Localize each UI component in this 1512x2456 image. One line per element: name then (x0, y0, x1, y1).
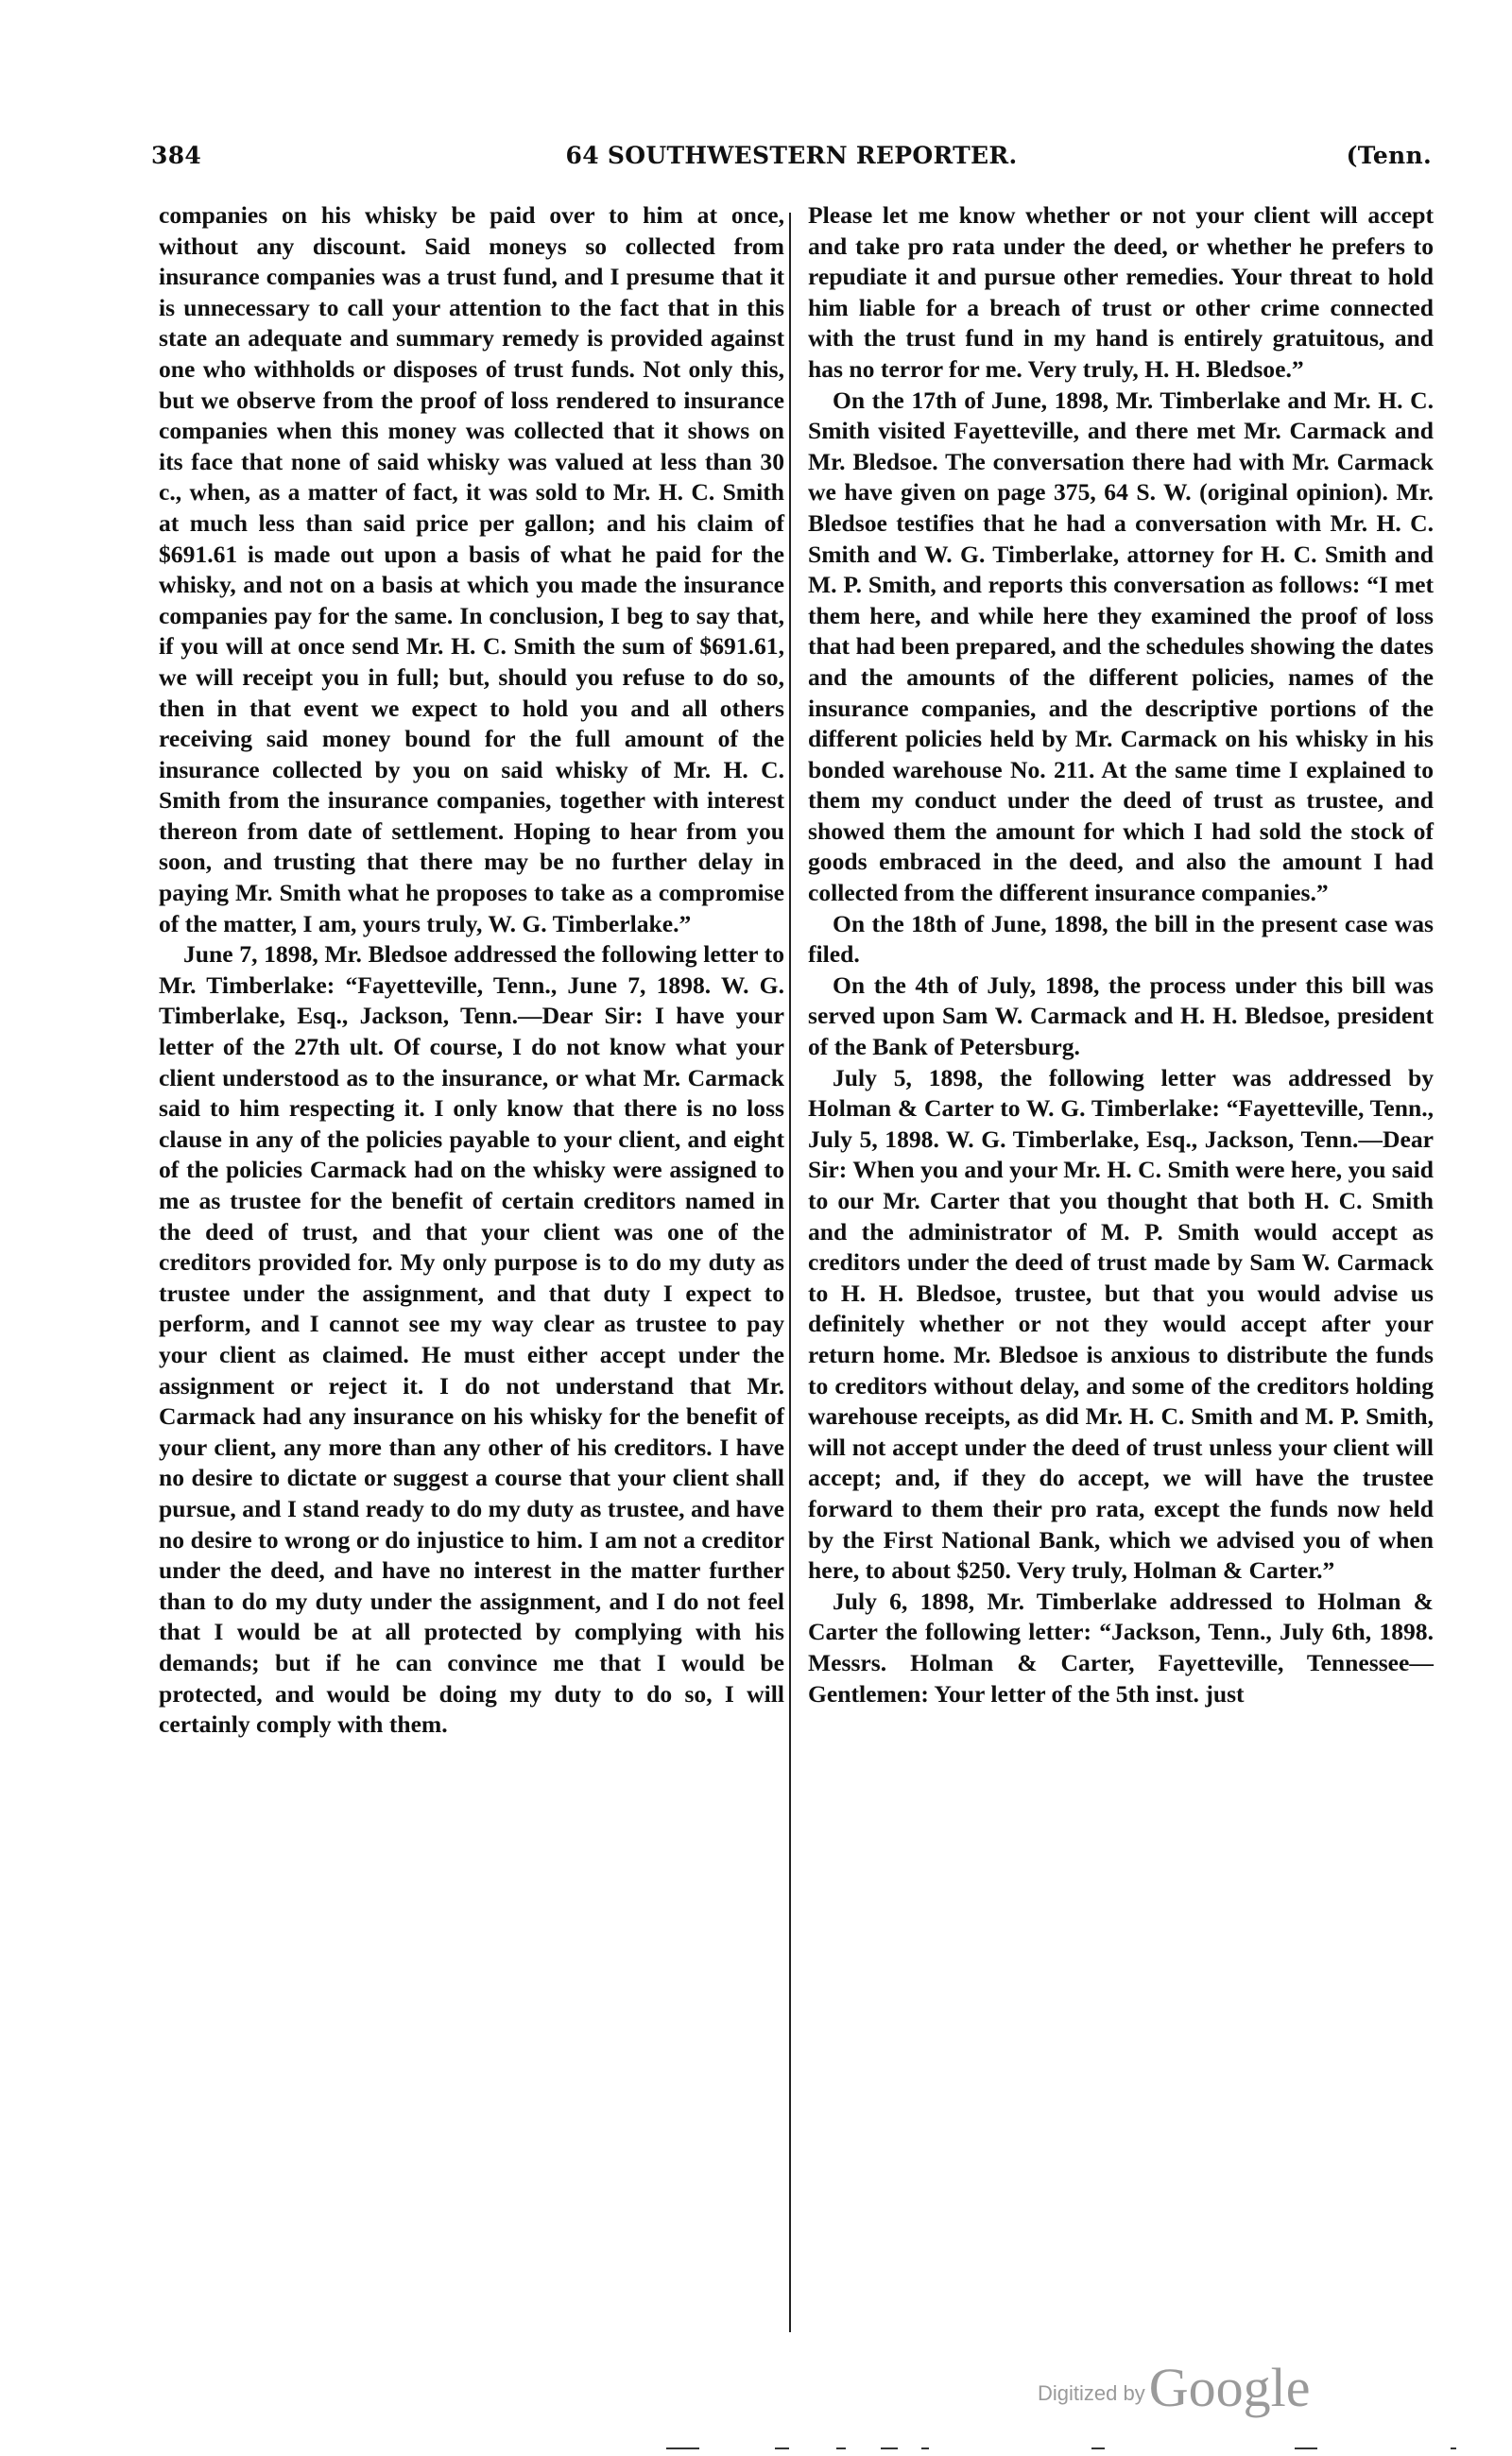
scan-artifacts (614, 2447, 1465, 2450)
reporter-title: 64 SOUTHWESTERN REPORTER. (151, 142, 1432, 169)
paragraph: On the 18th of June, 1898, the bill in t… (808, 909, 1434, 970)
paragraph: On the 4th of July, 1898, the process un… (808, 970, 1434, 1063)
scan-mark (1295, 2447, 1317, 2449)
paragraph: Please let me know whether or not your c… (808, 200, 1434, 386)
paragraph: On the 17th of June, 1898, Mr. Timberlak… (808, 386, 1434, 909)
right-column: Please let me know whether or not your c… (808, 200, 1434, 1709)
scan-mark (1451, 2447, 1456, 2449)
scan-mark (666, 2447, 699, 2449)
scan-mark (836, 2447, 846, 2449)
scan-mark (1091, 2447, 1105, 2449)
state-label: (Tenn. (1347, 142, 1432, 169)
google-digitized-watermark: Digitized by Google (1038, 2356, 1310, 2419)
google-logo-text: Google (1149, 2357, 1311, 2418)
paragraph: June 7, 1898, Mr. Bledsoe addressed the … (159, 939, 784, 1740)
running-header: 384 64 SOUTHWESTERN REPORTER. (Tenn. (151, 142, 1432, 176)
scanned-page: 384 64 SOUTHWESTERN REPORTER. (Tenn. com… (0, 0, 1512, 2456)
scan-mark (921, 2447, 929, 2449)
column-divider (789, 213, 791, 2332)
scan-mark (881, 2447, 898, 2449)
paragraph: July 6, 1898, Mr. Timberlake addressed t… (808, 1587, 1434, 1709)
left-column: companies on his whisky be paid over to … (159, 200, 784, 1741)
scan-mark (775, 2447, 789, 2449)
paragraph: July 5, 1898, the following letter was a… (808, 1063, 1434, 1587)
watermark-prefix: Digitized by (1038, 2381, 1145, 2405)
paragraph: companies on his whisky be paid over to … (159, 200, 784, 939)
